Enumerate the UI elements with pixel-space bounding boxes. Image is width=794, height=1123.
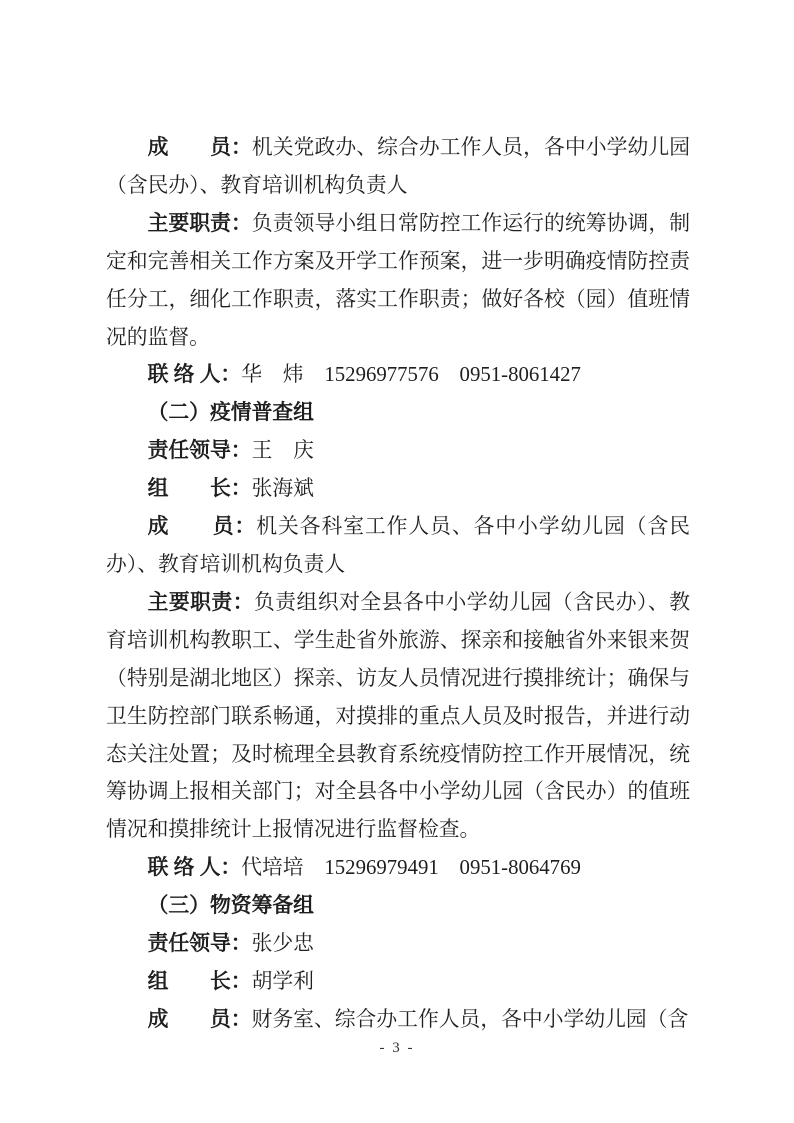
field-value-members: 财务室、综合办工作人员，各中小学幼儿园（含 bbox=[252, 1008, 689, 1031]
document-body: 成 员：机关党政办、综合办工作人员，各中小学幼儿园（含民办）、教育培训机构负责人… bbox=[106, 129, 690, 1039]
field-label-members: 成 员： bbox=[148, 515, 257, 538]
field-label-duties: 主要职责： bbox=[148, 591, 254, 614]
paragraph-group1-members: 成 员：机关党政办、综合办工作人员，各中小学幼儿园（含民办）、教育培训机构负责人 bbox=[106, 129, 690, 205]
field-label-members: 成 员： bbox=[148, 136, 252, 159]
paragraph-group2-members: 成 员：机关各科室工作人员、各中小学幼儿园（含民办）、教育培训机构负责人 bbox=[106, 508, 690, 584]
paragraph-group2-duties: 主要职责：负责组织对全县各中小学幼儿园（含民办）、教育培训机构教职工、学生赴省外… bbox=[106, 584, 690, 849]
document-page: 成 员：机关党政办、综合办工作人员，各中小学幼儿园（含民办）、教育培训机构负责人… bbox=[0, 0, 794, 1123]
section-heading-group3: （三）物资筹备组 bbox=[106, 887, 690, 925]
field-label-contact: 联 络 人： bbox=[148, 856, 242, 879]
paragraph-group3-head: 组 长：胡学利 bbox=[106, 963, 690, 1001]
field-label-contact: 联 络 人： bbox=[148, 363, 242, 386]
field-value-contact: 代培培 15296979491 0951-8064769 bbox=[241, 856, 581, 879]
section-heading-group2: （二）疫情普查组 bbox=[106, 394, 690, 432]
field-value-head: 胡学利 bbox=[252, 970, 314, 993]
field-value-contact: 华 炜 15296977576 0951-8061427 bbox=[241, 363, 581, 386]
field-label-members: 成 员： bbox=[148, 1008, 252, 1031]
field-value-duties: 负责组织对全县各中小学幼儿园（含民办）、教育培训机构教职工、学生赴省外旅游、探亲… bbox=[106, 591, 690, 841]
paragraph-group1-duties: 主要职责：负责领导小组日常防控工作运行的统筹协调，制定和完善相关工作方案及开学工… bbox=[106, 205, 690, 357]
paragraph-group3-leader: 责任领导：张少忠 bbox=[106, 925, 690, 963]
field-label-leader: 责任领导： bbox=[148, 439, 252, 462]
field-value-leader: 张少忠 bbox=[252, 932, 314, 955]
field-label-head: 组 长： bbox=[148, 970, 252, 993]
paragraph-group2-head: 组 长：张海斌 bbox=[106, 470, 690, 508]
field-value-head: 张海斌 bbox=[252, 477, 314, 500]
page-number: - 3 - bbox=[0, 1040, 794, 1057]
paragraph-group1-contact: 联 络 人：华 炜 15296977576 0951-8061427 bbox=[106, 356, 690, 394]
field-label-leader: 责任领导： bbox=[148, 932, 252, 955]
field-label-head: 组 长： bbox=[148, 477, 252, 500]
field-label-duties: 主要职责： bbox=[148, 212, 252, 235]
paragraph-group2-leader: 责任领导：王 庆 bbox=[106, 432, 690, 470]
field-value-leader: 王 庆 bbox=[252, 439, 314, 462]
paragraph-group2-contact: 联 络 人：代培培 15296979491 0951-8064769 bbox=[106, 849, 690, 887]
paragraph-group3-members: 成 员：财务室、综合办工作人员，各中小学幼儿园（含 bbox=[106, 1001, 690, 1039]
